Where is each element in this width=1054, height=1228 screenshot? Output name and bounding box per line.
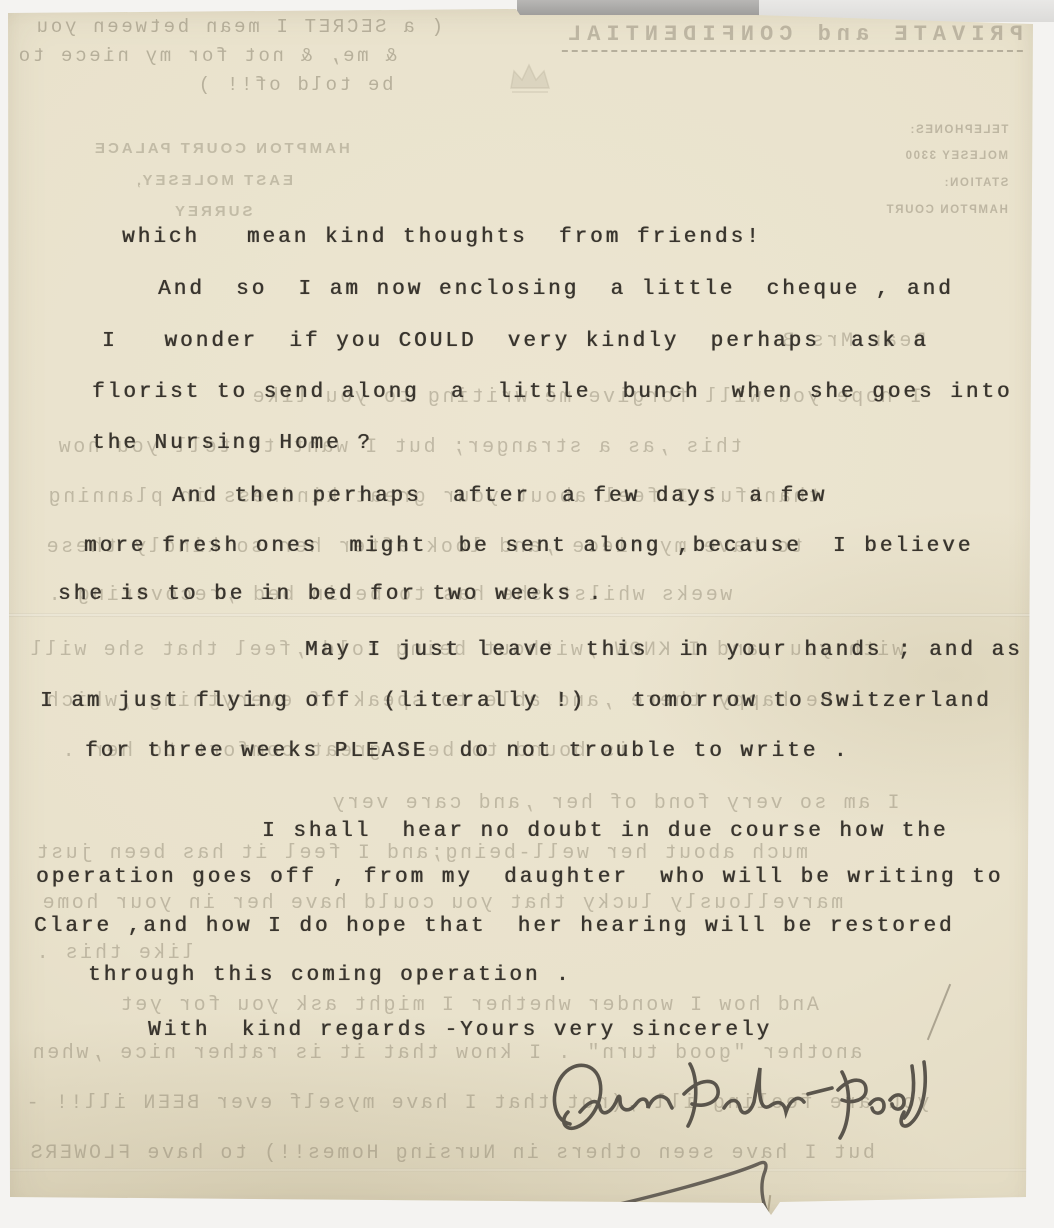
bleed-letterhead-line-1: EAST MOLESEY, xyxy=(134,172,293,189)
bleed-letterhead-line-2: SURREY xyxy=(172,203,253,220)
bleed-contact-line-0: TELEPHONES: xyxy=(909,124,1008,136)
bleed-body-line-11: marvellously lucky that you could have h… xyxy=(40,892,843,915)
typed-line-11: I shall hear no doubt in due course how … xyxy=(262,820,949,844)
bleed-contact-line-3: HAMPTON COURT xyxy=(885,204,1008,216)
typed-line-12: operation goes off , from my daughter wh… xyxy=(36,866,1003,890)
typed-line-14: through this coming operation . xyxy=(88,964,572,988)
bleed-body-line-9: I am so very fond of her ,and care very xyxy=(330,792,899,815)
bleed-contact-line-2: STATION: xyxy=(943,177,1008,189)
paper-fold-crease xyxy=(0,613,1054,617)
typed-line-0: which mean kind thoughts from friends! xyxy=(122,226,762,250)
typed-line-5: And then perhaps after a few days a few xyxy=(172,485,827,509)
typed-line-9: I am just flying off (literally !) tomor… xyxy=(40,690,992,714)
bleed-secret-note-line-1: & me, & not for my niece to xyxy=(16,45,397,67)
typed-line-3: florist to send along a little bunch whe… xyxy=(92,381,1013,405)
typed-line-6: more fresh ones might be sent along ,bec… xyxy=(84,535,973,559)
letter-paper: PRIVATE and CONFIDENTIAL ( a SECRET I me… xyxy=(0,0,1054,1228)
signature-flourish xyxy=(580,1148,790,1223)
typed-line-8: May I just leave this in your hands ; an… xyxy=(305,639,1023,663)
bleed-contact-line-1: MOLESEY 3300 xyxy=(904,150,1008,162)
bleed-body-line-10: much about her well-being;and I feel it … xyxy=(34,842,808,865)
typed-line-13: Clare ,and how I do hope that her hearin… xyxy=(34,915,955,939)
scanner-background: PRIVATE and CONFIDENTIAL ( a SECRET I me… xyxy=(0,0,1054,1228)
typed-line-2: I wonder if you COULD very kindly perhap… xyxy=(102,330,929,354)
bleed-letterhead-line-0: HAMPTON COURT PALACE xyxy=(92,140,350,157)
typed-line-4: the Nursing Home ? xyxy=(92,432,373,456)
bleed-secret-note-line-0: ( a SECRET I mean between you xyxy=(34,16,443,38)
pencil-scratch-mark xyxy=(927,984,951,1040)
scanner-clip-strip xyxy=(517,0,759,16)
bleed-body-line-13: And how I wonder whether I might ask you… xyxy=(118,994,819,1017)
bleedthrough-confidential-heading: PRIVATE and CONFIDENTIAL xyxy=(562,22,1023,52)
typed-line-10: for three weeks PLEASE do not trouble to… xyxy=(85,740,850,764)
typed-line-1: And so I am now enclosing a little chequ… xyxy=(158,278,954,302)
embossed-crown-crest xyxy=(503,58,559,98)
bleed-body-line-12: like this . xyxy=(34,942,195,965)
bleed-secret-note-line-2: be told of!! ) xyxy=(196,74,393,96)
typed-line-7: she is to be in bed for two weeks . xyxy=(58,583,604,607)
